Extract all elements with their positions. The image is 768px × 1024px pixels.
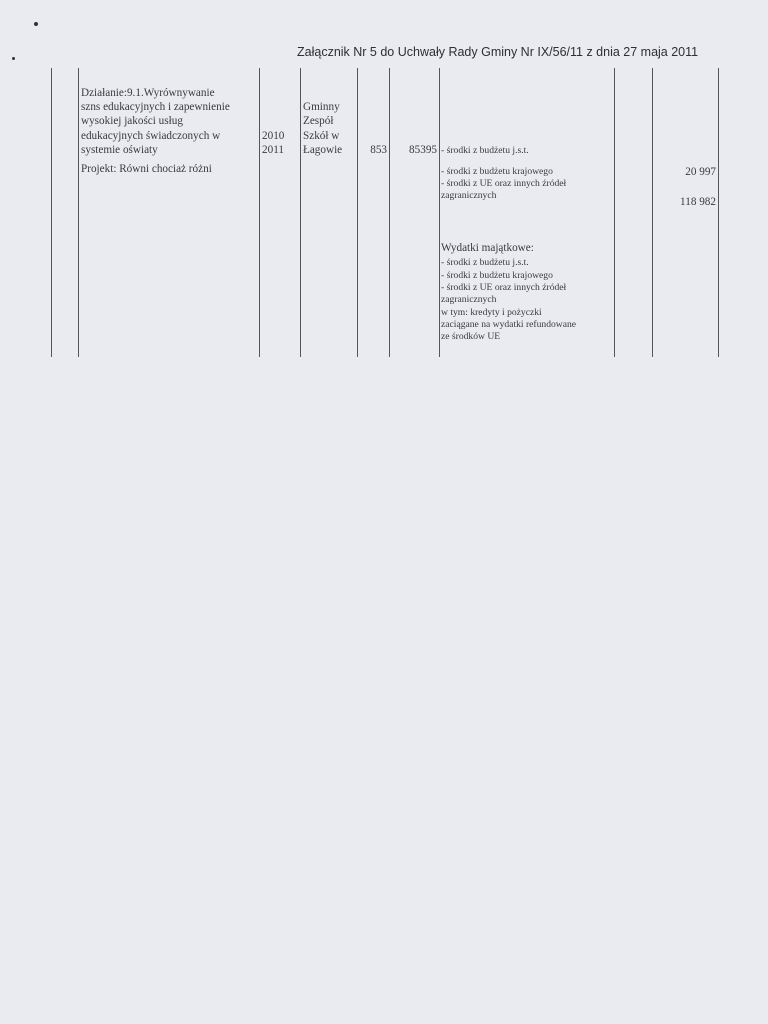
table-column-divider — [389, 68, 390, 357]
year-end: 2011 — [262, 143, 284, 157]
rozdzial-code: 85395 — [389, 143, 437, 157]
table-column-divider — [357, 68, 358, 357]
year-start: 2010 — [262, 129, 284, 143]
document-header: Załącznik Nr 5 do Uchwały Rady Gminy Nr … — [297, 45, 698, 59]
unit-line: Szkół w — [303, 129, 339, 143]
capital-item: zagranicznych — [441, 294, 496, 306]
task-line: szns edukacyjnych i zapewnienie — [81, 100, 230, 114]
table-column-divider — [300, 68, 301, 357]
task-line: edukacyjnych świadczonych w — [81, 129, 220, 143]
unit-line: Łagowie — [303, 143, 342, 157]
table-border-right — [718, 68, 719, 357]
capital-item: - środki z budżetu krajowego — [441, 270, 553, 282]
capital-item: - środki z UE oraz innych źródeł — [441, 282, 566, 294]
table-column-divider — [78, 68, 79, 357]
task-line: Działanie:9.1.Wyrównywanie — [81, 86, 215, 100]
table-border-left — [51, 68, 52, 357]
funding-item: zagranicznych — [441, 190, 496, 202]
capital-item: ze środków UE — [441, 331, 500, 343]
table-column-divider — [652, 68, 653, 357]
unit-line: Gminny — [303, 100, 340, 114]
capital-title: Wydatki majątkowe: — [441, 241, 534, 255]
task-line: systemie oświaty — [81, 143, 158, 157]
unit-line: Zespół — [303, 114, 333, 128]
scan-speck — [12, 57, 15, 60]
table-column-divider — [259, 68, 260, 357]
table-column-divider — [614, 68, 615, 357]
capital-item: - środki z budżetu j.s.t. — [441, 257, 529, 269]
value-ue: 118 982 — [652, 195, 716, 209]
project-name: Projekt: Równi chociaż różni — [81, 162, 212, 176]
funding-item: - środki z UE oraz innych źródeł — [441, 178, 566, 190]
capital-item: zaciągane na wydatki refundowane — [441, 319, 576, 331]
dzial-code: 853 — [357, 143, 387, 157]
task-line: wysokiej jakości usług — [81, 114, 183, 128]
funding-item: - środki z budżetu j.s.t. — [441, 145, 529, 157]
funding-item: - środki z budżetu krajowego — [441, 166, 553, 178]
scan-speck — [34, 22, 38, 26]
capital-item: w tym: kredyty i pożyczki — [441, 307, 542, 319]
value-krajowe: 20 997 — [652, 165, 716, 179]
